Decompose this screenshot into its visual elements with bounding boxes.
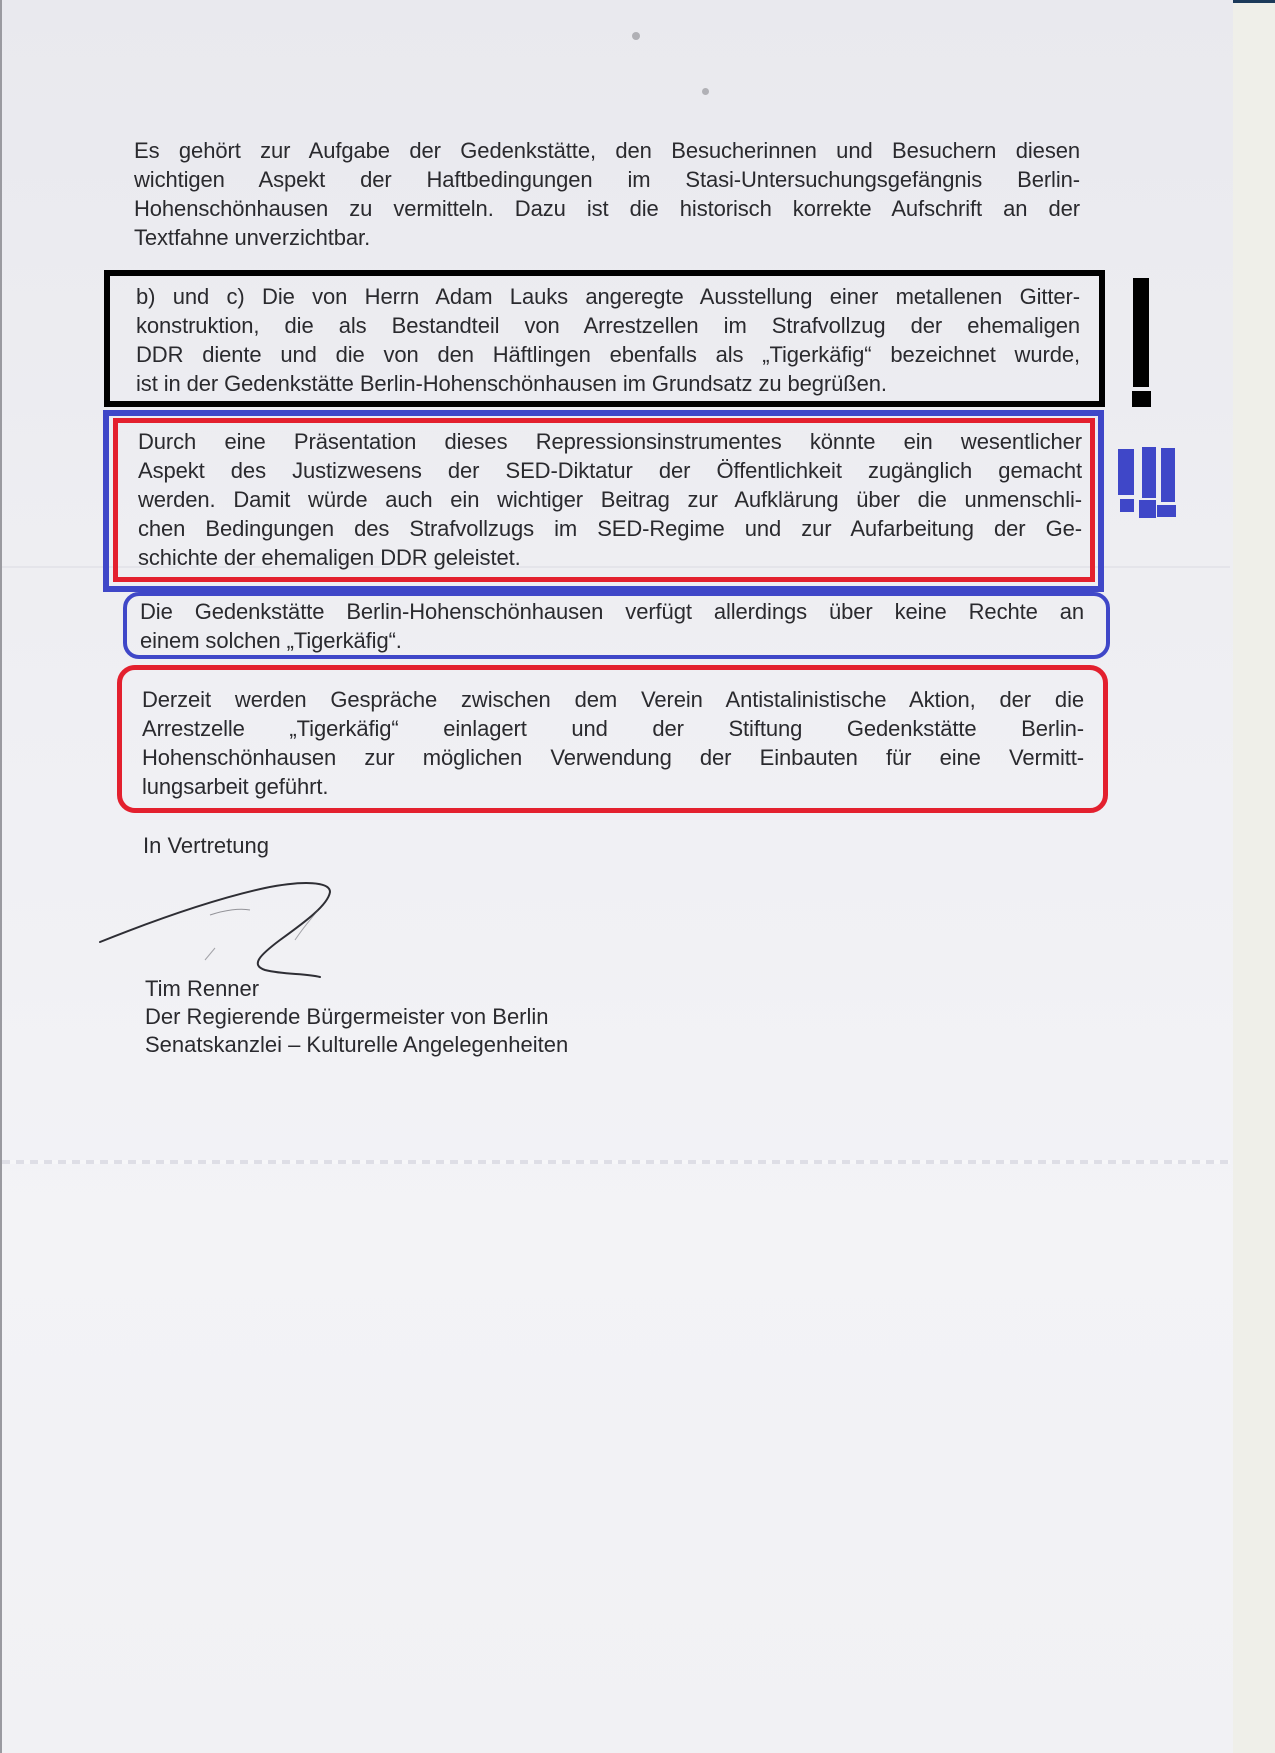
text-line: konstruktion, die als Bestandteil von Ar… — [136, 311, 1080, 340]
paragraph-praesentation: Durch eine Präsentation dieses Repressio… — [138, 427, 1082, 572]
paragraph-bc: b) und c) Die von Herrn Adam Lauks anger… — [136, 282, 1080, 398]
exclamation-mark-icon — [1132, 278, 1150, 406]
text-line: schichte der ehemaligen DDR geleistet. — [138, 543, 1082, 572]
scan-speck — [632, 32, 640, 40]
text-line: Textfahne unverzichtbar. — [134, 223, 1080, 252]
scan-edge-bar — [1233, 0, 1275, 3]
paper-fold-lower — [2, 1160, 1230, 1164]
signature — [90, 860, 390, 980]
triple-exclamation-icon — [1118, 447, 1178, 519]
text-line: Es gehört zur Aufgabe der Gedenkstätte, … — [134, 136, 1080, 165]
paper-left-edge — [0, 0, 2, 1753]
text-line: ist in der Gedenkstätte Berlin-Hohenschö… — [136, 369, 1080, 398]
text-line: Hohenschönhausen zur möglichen Verwendun… — [142, 743, 1084, 772]
scan-background — [1233, 0, 1275, 1753]
text-line: Die Gedenkstätte Berlin-Hohenschönhausen… — [140, 597, 1084, 626]
text-line: Hohenschönhausen zu vermitteln. Dazu ist… — [134, 194, 1080, 223]
text-line: Aspekt des Justizwesens der SED-Diktatur… — [138, 456, 1082, 485]
signatory-title: Der Regierende Bürgermeister von Berlin — [145, 1003, 549, 1031]
text-line: einem solchen „Tigerkäfig“. — [140, 626, 1084, 655]
text-line: wichtigen Aspekt der Haftbedingungen im … — [134, 165, 1080, 194]
signatory-department: Senatskanzlei – Kulturelle Angelegenheit… — [145, 1031, 568, 1059]
text-line: Arrestzelle „Tigerkäfig“ einlagert und d… — [142, 714, 1084, 743]
text-line: DDR diente und die von den Häftlingen eb… — [136, 340, 1080, 369]
text-line: Durch eine Präsentation dieses Repressio… — [138, 427, 1082, 456]
closing-in-vertretung: In Vertretung — [143, 832, 269, 860]
paragraph-rechte: Die Gedenkstätte Berlin-Hohenschönhausen… — [140, 597, 1084, 655]
signatory-name: Tim Renner — [145, 975, 259, 1003]
text-line: b) und c) Die von Herrn Adam Lauks anger… — [136, 282, 1080, 311]
text-line: werden. Damit würde auch ein wichtiger B… — [138, 485, 1082, 514]
text-line: chen Bedingungen des Strafvollzugs im SE… — [138, 514, 1082, 543]
text-line: lungsarbeit geführt. — [142, 772, 1084, 801]
text-line: Derzeit werden Gespräche zwischen dem Ve… — [142, 685, 1084, 714]
scan-speck — [702, 88, 709, 95]
paragraph-gespraeche: Derzeit werden Gespräche zwischen dem Ve… — [142, 685, 1084, 801]
paragraph-intro: Es gehört zur Aufgabe der Gedenkstätte, … — [134, 136, 1080, 252]
